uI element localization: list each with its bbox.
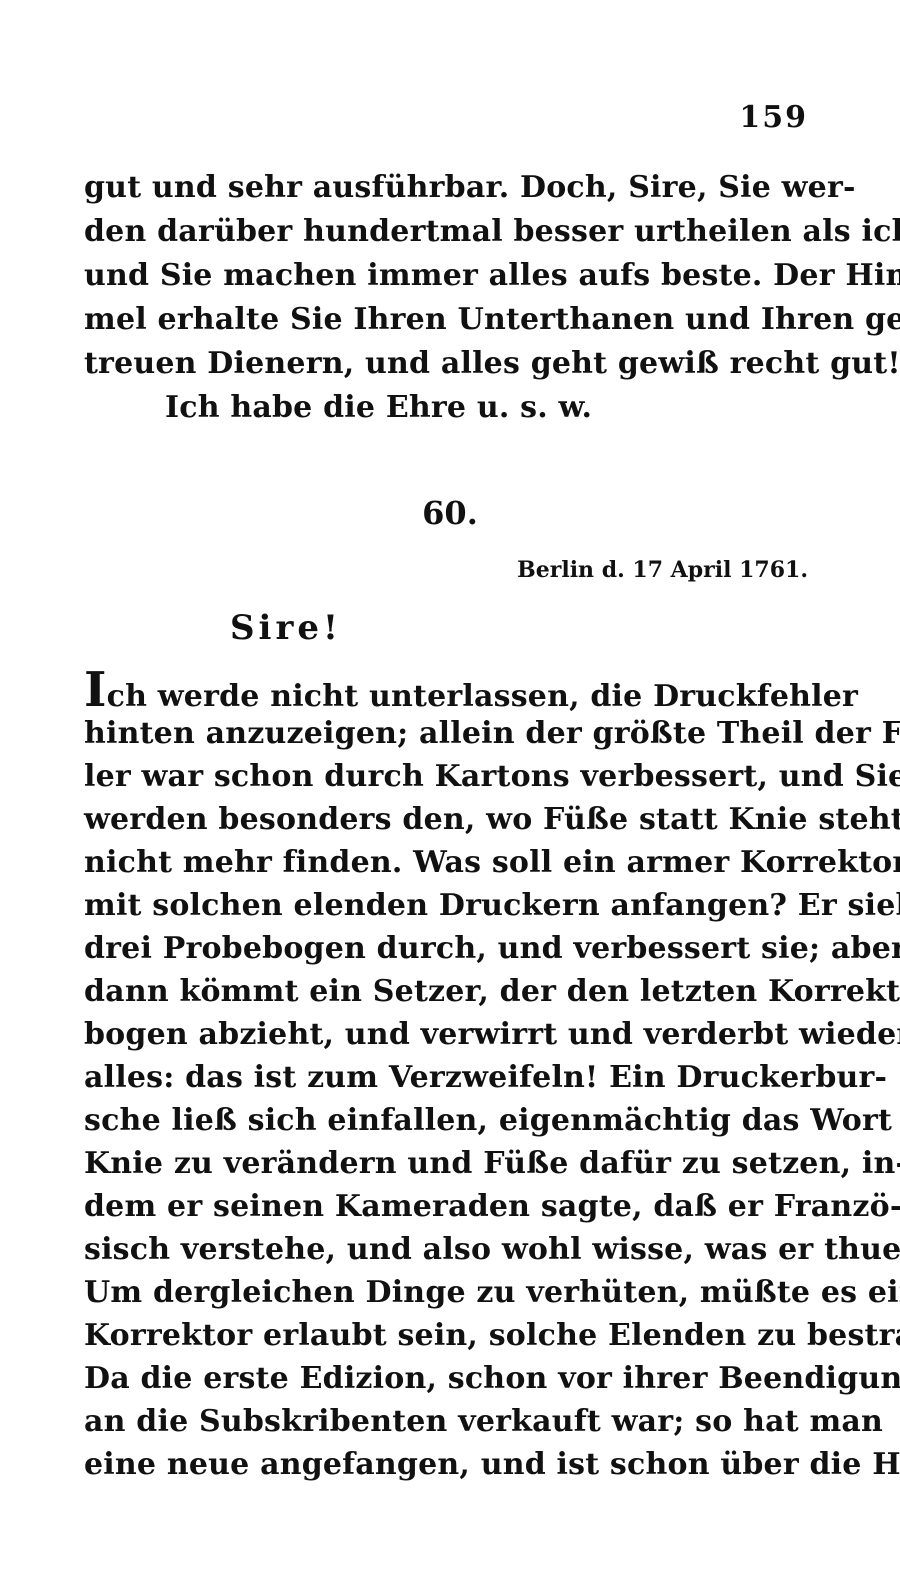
text-line: drei Probebogen durch, und verbessert si… — [84, 929, 816, 969]
text-line: und Sie machen immer alles aufs beste. D… — [84, 256, 816, 296]
text-line: nicht mehr finden. Was soll ein armer Ko… — [84, 843, 816, 883]
drop-cap: I — [84, 662, 107, 718]
dateline: Berlin d. 17 April 1761. — [517, 557, 808, 583]
text-line: treuen Dienern, und alles geht gewiß rec… — [84, 344, 816, 384]
text-line: bogen abzieht, und verwirrt und verderbt… — [84, 1015, 816, 1055]
text-line: sisch verstehe, und also wohl wisse, was… — [84, 1230, 816, 1270]
text-line: dann kömmt ein Setzer, der den letzten K… — [84, 972, 816, 1012]
text-line: hinten anzuzeigen; allein der größte The… — [84, 714, 816, 754]
text-line: an die Subskribenten verkauft war; so ha… — [84, 1402, 816, 1442]
text-line-content: ch werde nicht unterlassen, die Druckfeh… — [107, 679, 858, 714]
text-line: Um dergleichen Dinge zu verhüten, müßte … — [84, 1273, 816, 1313]
text-line: werden besonders den, wo Füße statt Knie… — [84, 800, 816, 840]
text-line: Ich werde nicht unterlassen, die Druckfe… — [84, 670, 816, 717]
text-line: alles: das ist zum Verzweifeln! Ein Druc… — [84, 1058, 816, 1098]
text-line: eine neue angefangen, und ist schon über… — [84, 1445, 816, 1485]
text-line: ler war schon durch Kartons verbessert, … — [84, 757, 816, 797]
letter-number: 60. — [0, 494, 900, 532]
closing-formula: Ich habe die Ehre u. s. w. — [165, 388, 592, 428]
text-line: Knie zu verändern und Füße dafür zu setz… — [84, 1144, 816, 1184]
text-line: dem er seinen Kameraden sagte, daß er Fr… — [84, 1187, 816, 1227]
text-line: Da die erste Edizion, schon vor ihrer Be… — [84, 1359, 816, 1399]
book-page: 159 gut und sehr ausführbar. Doch, Sire,… — [0, 0, 900, 1572]
text-line: sche ließ sich einfallen, eigenmächtig d… — [84, 1101, 816, 1141]
text-line: mel erhalte Sie Ihren Unterthanen und Ih… — [84, 300, 816, 340]
text-line: mit solchen elenden Druckern anfangen? E… — [84, 886, 816, 926]
text-line: Korrektor erlaubt sein, solche Elenden z… — [84, 1316, 816, 1356]
page-number: 159 — [739, 100, 808, 135]
salutation: Sire! — [230, 608, 342, 648]
text-line: den darüber hundertmal besser urtheilen … — [84, 212, 816, 252]
text-line: gut und sehr ausführbar. Doch, Sire, Sie… — [84, 168, 816, 208]
